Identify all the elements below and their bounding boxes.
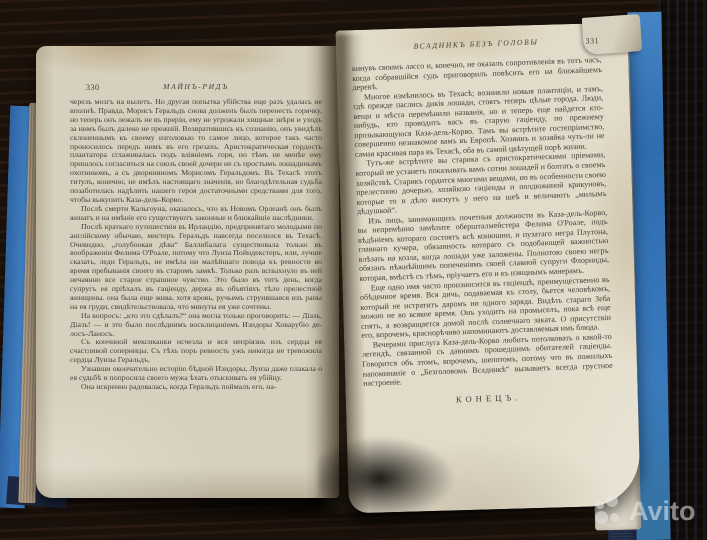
paragraph: Тутъ-же встрѣтите вы старика съ аристокр… — [355, 150, 607, 216]
spine-bottom-shadow — [318, 428, 498, 540]
left-body-text: черезъ мозгъ на вылетъ. Но другая попытк… — [70, 98, 322, 392]
paragraph: Послѣ смерти Кальгоуна, оказалось, что в… — [70, 205, 322, 223]
left-running-title: МАЙНЪ-РИДЪ — [70, 82, 322, 91]
avito-dot-icon — [606, 495, 618, 507]
avito-dot-icon — [595, 511, 608, 524]
right-page-text: ВСАДНИКЪ БЕЗЪ ГОЛОВЫ 331 кинувъ своимъ л… — [351, 35, 614, 408]
left-page-text: 330 МАЙНЪ-РИДЪ черезъ мозгъ на вылетъ. Н… — [70, 82, 322, 392]
paragraph: Еще одно имя часто произносится въ гаціе… — [360, 274, 612, 340]
paragraph: На вопросъ: „кто это сдѣлалъ?“ она могла… — [70, 312, 322, 339]
paragraph: Изъ лицъ, занимающихъ почетныя должности… — [357, 208, 609, 284]
paragraph: Она искренно радовалась, когда Геральдъ … — [70, 383, 322, 392]
right-page-number: 331 — [585, 36, 599, 45]
paragraph: Послѣ краткаго путешествія въ Ирландію, … — [70, 223, 322, 312]
avito-logo-icon — [595, 495, 624, 527]
right-body-text: кинувъ своимъ лассо и, конечно, не оказа… — [352, 55, 614, 408]
paragraph: Вечерами прислуга Каза-дель-Корво любитъ… — [362, 332, 614, 389]
left-page-number: 330 — [86, 83, 100, 92]
paragraph: черезъ мозгъ на вылетъ. Но другая попытк… — [70, 98, 322, 205]
photo-of-open-book: { "colors": { "table_wood": "#1b110b", "… — [0, 0, 707, 540]
paragraph: Узнавши окончательно исторію бѣдной Изид… — [70, 365, 322, 383]
avito-dot-icon — [596, 501, 604, 509]
paragraph: Съ кончиной мексиканки исчезла и вся неп… — [70, 338, 322, 365]
avito-dot-icon — [610, 513, 619, 522]
left-page-header: 330 МАЙНЪ-РИДЪ — [70, 82, 322, 95]
avito-watermark: Avito — [595, 495, 696, 527]
avito-wordmark: Avito — [629, 496, 696, 526]
paragraph: Многое измѣнилось въ Техасѣ; возникли но… — [353, 84, 605, 160]
